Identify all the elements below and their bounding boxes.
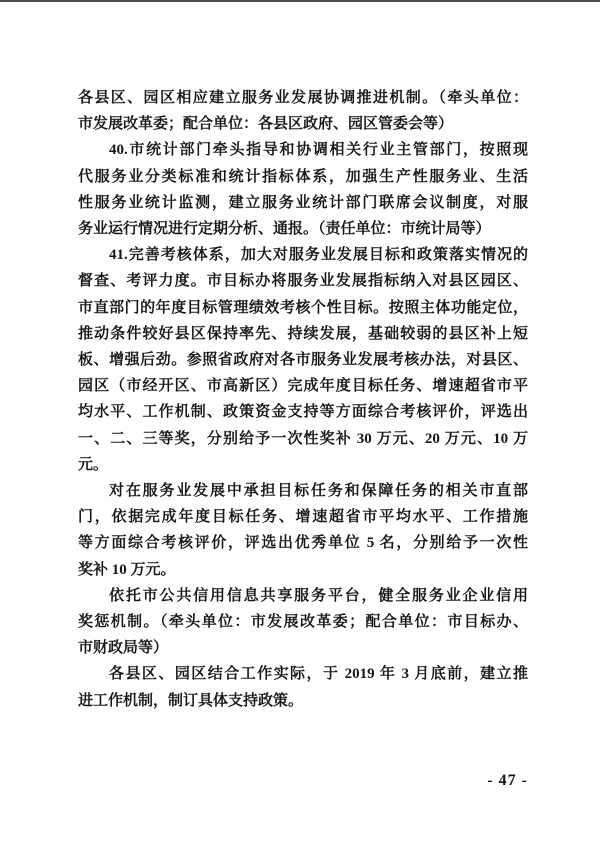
scanned-document-page: 各县区、园区相应建立服务业发展协调推进机制。（牵头单位：市发展改革委；配合单位：… [0,0,600,847]
page-number: - 47 - [487,772,528,789]
text-line: 板、增强后劲。参照省政府对各市服务业发展考核办法，对县区、 [78,347,528,373]
text-line: 督查、考评力度。市目标办将服务业发展指标纳入对县区园区、 [78,268,528,294]
text-line: 市直部门的年度目标管理绩效考核个性目标。按照主体功能定位， [78,295,528,321]
text-line: 性服务业统计监测，建立服务业统计部门联席会议制度，对服 [78,190,528,216]
text-line: 奖惩机制。（牵头单位：市发展改革委；配合单位：市目标办、 [78,609,528,635]
text-line: 务业运行情况进行定期分析、通报。（责任单位：市统计局等） [78,216,528,242]
text-line: 市发展改革委；配合单位：各县区政府、园区管委会等） [78,111,528,137]
text-line: 等方面综合考核评价，评选出优秀单位 5 名，分别给予一次性 [78,530,528,556]
text-line: 推动条件较好县区保持率先、持续发展，基础较弱的县区补上短 [78,321,528,347]
text-line: 奖补 10 万元。 [78,557,528,583]
text-line: 一、二、三等奖，分别给予一次性奖补 30 万元、20 万元、10 万 [78,426,528,452]
text-line: 各县区、园区结合工作实际，于 2019 年 3 月底前，建立推 [78,661,528,687]
paragraph: 各县区、园区相应建立服务业发展协调推进机制。（牵头单位：市发展改革委；配合单位：… [78,85,528,137]
text-line: 各县区、园区相应建立服务业发展协调推进机制。（牵头单位： [78,85,528,111]
paragraph: 对在服务业发展中承担目标任务和保障任务的相关市直部门，依据完成年度目标任务、增速… [78,478,528,583]
text-line: 40.市统计部门牵头指导和协调相关行业主管部门，按照现 [78,137,528,163]
scan-artifact-top-edge [0,0,600,2]
paragraph: 各县区、园区结合工作实际，于 2019 年 3 月底前，建立推进工作机制，制订具… [78,661,528,713]
text-line: 进工作机制，制订具体支持政策。 [78,688,528,714]
paragraph: 40.市统计部门牵头指导和协调相关行业主管部门，按照现代服务业分类标准和统计指标… [78,137,528,242]
text-line: 对在服务业发展中承担目标任务和保障任务的相关市直部 [78,478,528,504]
document-body: 各县区、园区相应建立服务业发展协调推进机制。（牵头单位：市发展改革委；配合单位：… [78,85,528,714]
text-line: 代服务业分类标准和统计指标体系，加强生产性服务业、生活 [78,164,528,190]
page-footer: - 47 - [0,772,528,790]
text-line: 41.完善考核体系，加大对服务业发展目标和政策落实情况的 [78,242,528,268]
paragraph: 依托市公共信用信息共享服务平台，健全服务业企业信用奖惩机制。（牵头单位：市发展改… [78,583,528,662]
text-line: 园区（市经开区、市高新区）完成年度目标任务、增速超省市平 [78,373,528,399]
paragraph: 41.完善考核体系，加大对服务业发展目标和政策落实情况的督查、考评力度。市目标办… [78,242,528,478]
text-line: 依托市公共信用信息共享服务平台，健全服务业企业信用 [78,583,528,609]
text-line: 市财政局等） [78,635,528,661]
text-line: 均水平、工作机制、政策资金支持等方面综合考核评价，评选出 [78,399,528,425]
text-line: 门，依据完成年度目标任务、增速超省市平均水平、工作措施 [78,504,528,530]
text-line: 元。 [78,452,528,478]
